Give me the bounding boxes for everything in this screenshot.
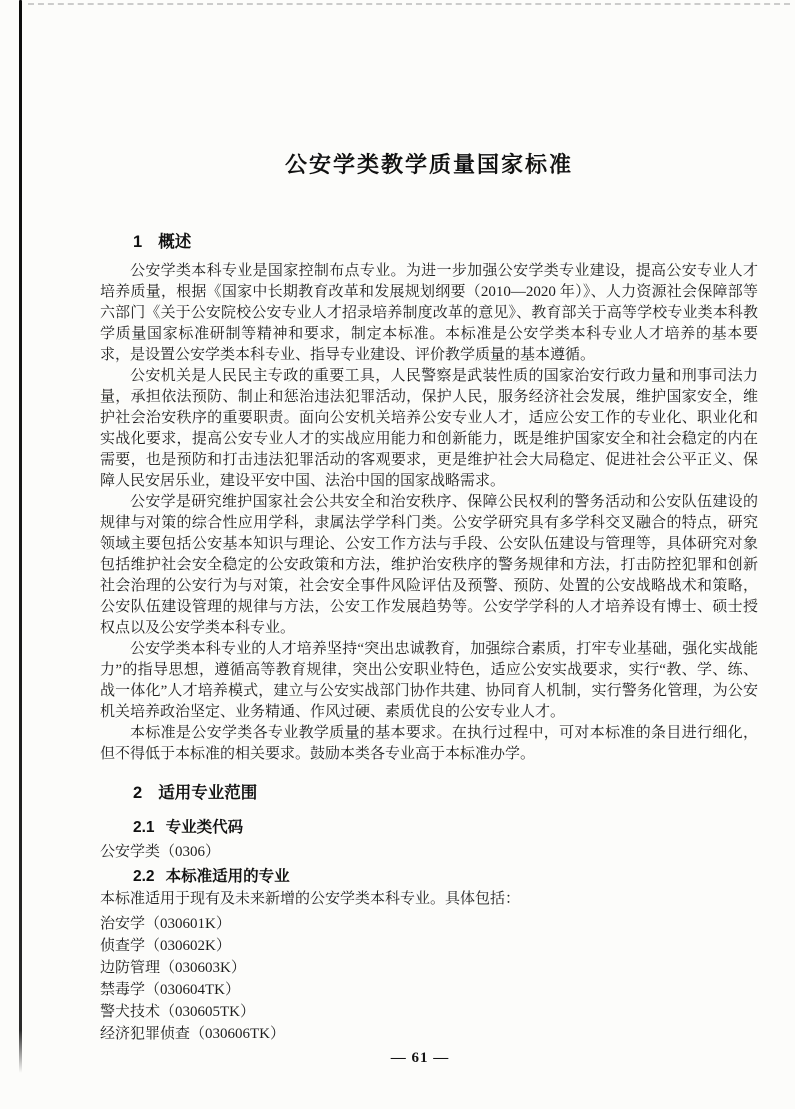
scanned-document-page: 公安学类教学质量国家标准 1 概述 公安学类本科专业是国家控制布点专业。为进一步…: [0, 0, 795, 1109]
section-2-number: 2: [133, 782, 142, 804]
document-title: 公安学类教学质量国家标准: [100, 148, 758, 179]
major-item-3: 边防管理（030603K）: [100, 957, 758, 979]
major-item-1: 治安学（030601K）: [100, 913, 758, 935]
major-item-5: 警犬技术（030605TK）: [100, 1001, 758, 1023]
section-2-heading: 2 适用专业范围: [133, 782, 758, 804]
major-item-4: 禁毒学（030604TK）: [100, 979, 758, 1001]
page-number: — 61 —: [91, 1050, 749, 1067]
section-1-heading: 1 概述: [133, 231, 758, 253]
paragraph-1: 公安学类本科专业是国家控制布点专业。为进一步加强公安学类专业建设，提高公安专业人…: [100, 261, 758, 366]
paragraph-5: 本标准是公安学类各专业教学质量的基本要求。在执行过程中，可对本标准的条目进行细化…: [100, 723, 758, 765]
paragraph-4: 公安学类本科专业的人才培养坚持“突出忠诚教育，加强综合素质，打牢专业基础，强化实…: [100, 639, 758, 723]
majors-list: 治安学（030601K） 侦查学（030602K） 边防管理（030603K） …: [100, 913, 758, 1045]
paragraph-2: 公安机关是人民民主专政的重要工具，人民警察是武装性质的国家治安行政力量和刑事司法…: [100, 366, 758, 492]
subsection-2-2-heading: 2.2 本标准适用的专业: [133, 866, 758, 887]
page-content: 公安学类教学质量国家标准 1 概述 公安学类本科专业是国家控制布点专业。为进一步…: [100, 0, 758, 1067]
scan-left-edge-artifact: [19, 0, 22, 1073]
section-2-title: 适用专业范围: [158, 782, 257, 804]
section-1-title: 概述: [158, 231, 191, 253]
subsection-2-1-number: 2.1: [133, 817, 155, 838]
major-item-2: 侦查学（030602K）: [100, 935, 758, 957]
subsection-2-2-title: 本标准适用的专业: [166, 866, 290, 887]
major-item-6: 经济犯罪侦查（030606TK）: [100, 1023, 758, 1045]
paragraph-3: 公安学是研究维护国家社会公共安全和治安秩序、保障公民权利的警务活动和公安队伍建设…: [100, 492, 758, 639]
subsection-2-2-number: 2.2: [133, 866, 155, 887]
section-1-number: 1: [133, 231, 142, 253]
category-code-line: 公安学类（0306）: [100, 842, 758, 863]
applicable-majors-intro: 本标准适用于现有及未来新增的公安学类本科专业。具体包括：: [100, 889, 758, 910]
subsection-2-1-heading: 2.1 专业类代码: [133, 817, 758, 838]
subsection-2-1-title: 专业类代码: [166, 817, 244, 838]
